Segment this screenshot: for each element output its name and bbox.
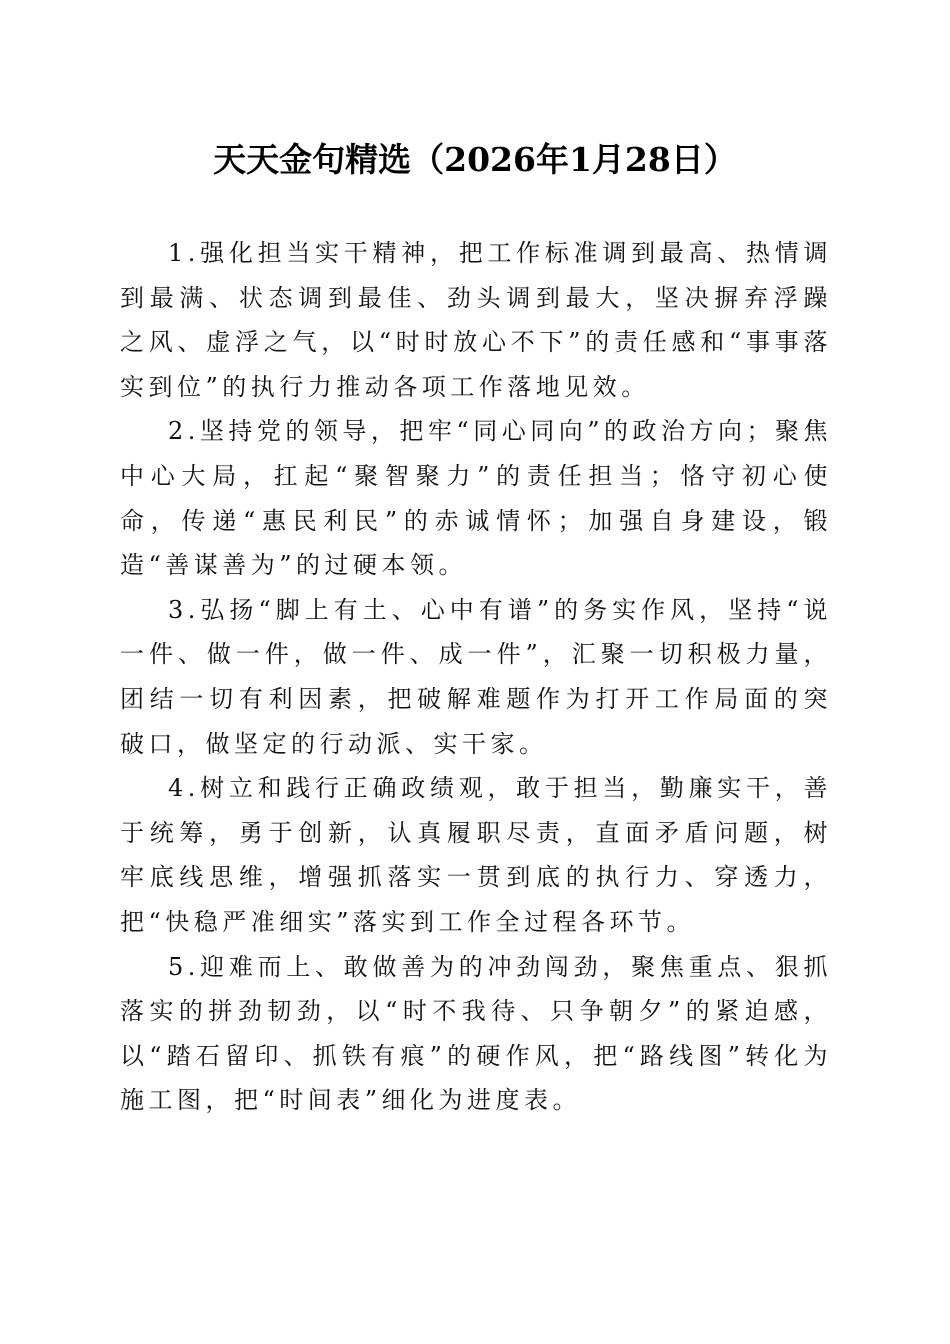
quote-paragraph-4: 4.树立和践行正确政绩观，敢于担当，勤廉实干，善于统筹，勇于创新，认真履职尽责，… (120, 766, 832, 944)
document-title: 天天金句精选（2026年1月28日） (0, 136, 950, 184)
quote-paragraph-2: 2.坚持党的领导，把牢“同心同向”的政治方向；聚焦中心大局，扛起“聚智聚力”的责… (120, 409, 832, 587)
document-page: 天天金句精选（2026年1月28日） 1.强化担当实干精神，把工作标准调到最高、… (0, 0, 950, 1344)
document-body: 1.强化担当实干精神，把工作标准调到最高、热情调到最满、状态调到最佳、劲头调到最… (120, 231, 832, 1123)
quote-paragraph-3: 3.弘扬“脚上有土、心中有谱”的务实作风，坚持“说一件、做一件，做一件、成一件”… (120, 588, 832, 766)
quote-paragraph-1: 1.强化担当实干精神，把工作标准调到最高、热情调到最满、状态调到最佳、劲头调到最… (120, 231, 832, 409)
quote-paragraph-5: 5.迎难而上、敢做善为的冲劲闯劲，聚焦重点、狠抓落实的拼劲韧劲，以“时不我待、只… (120, 945, 832, 1123)
